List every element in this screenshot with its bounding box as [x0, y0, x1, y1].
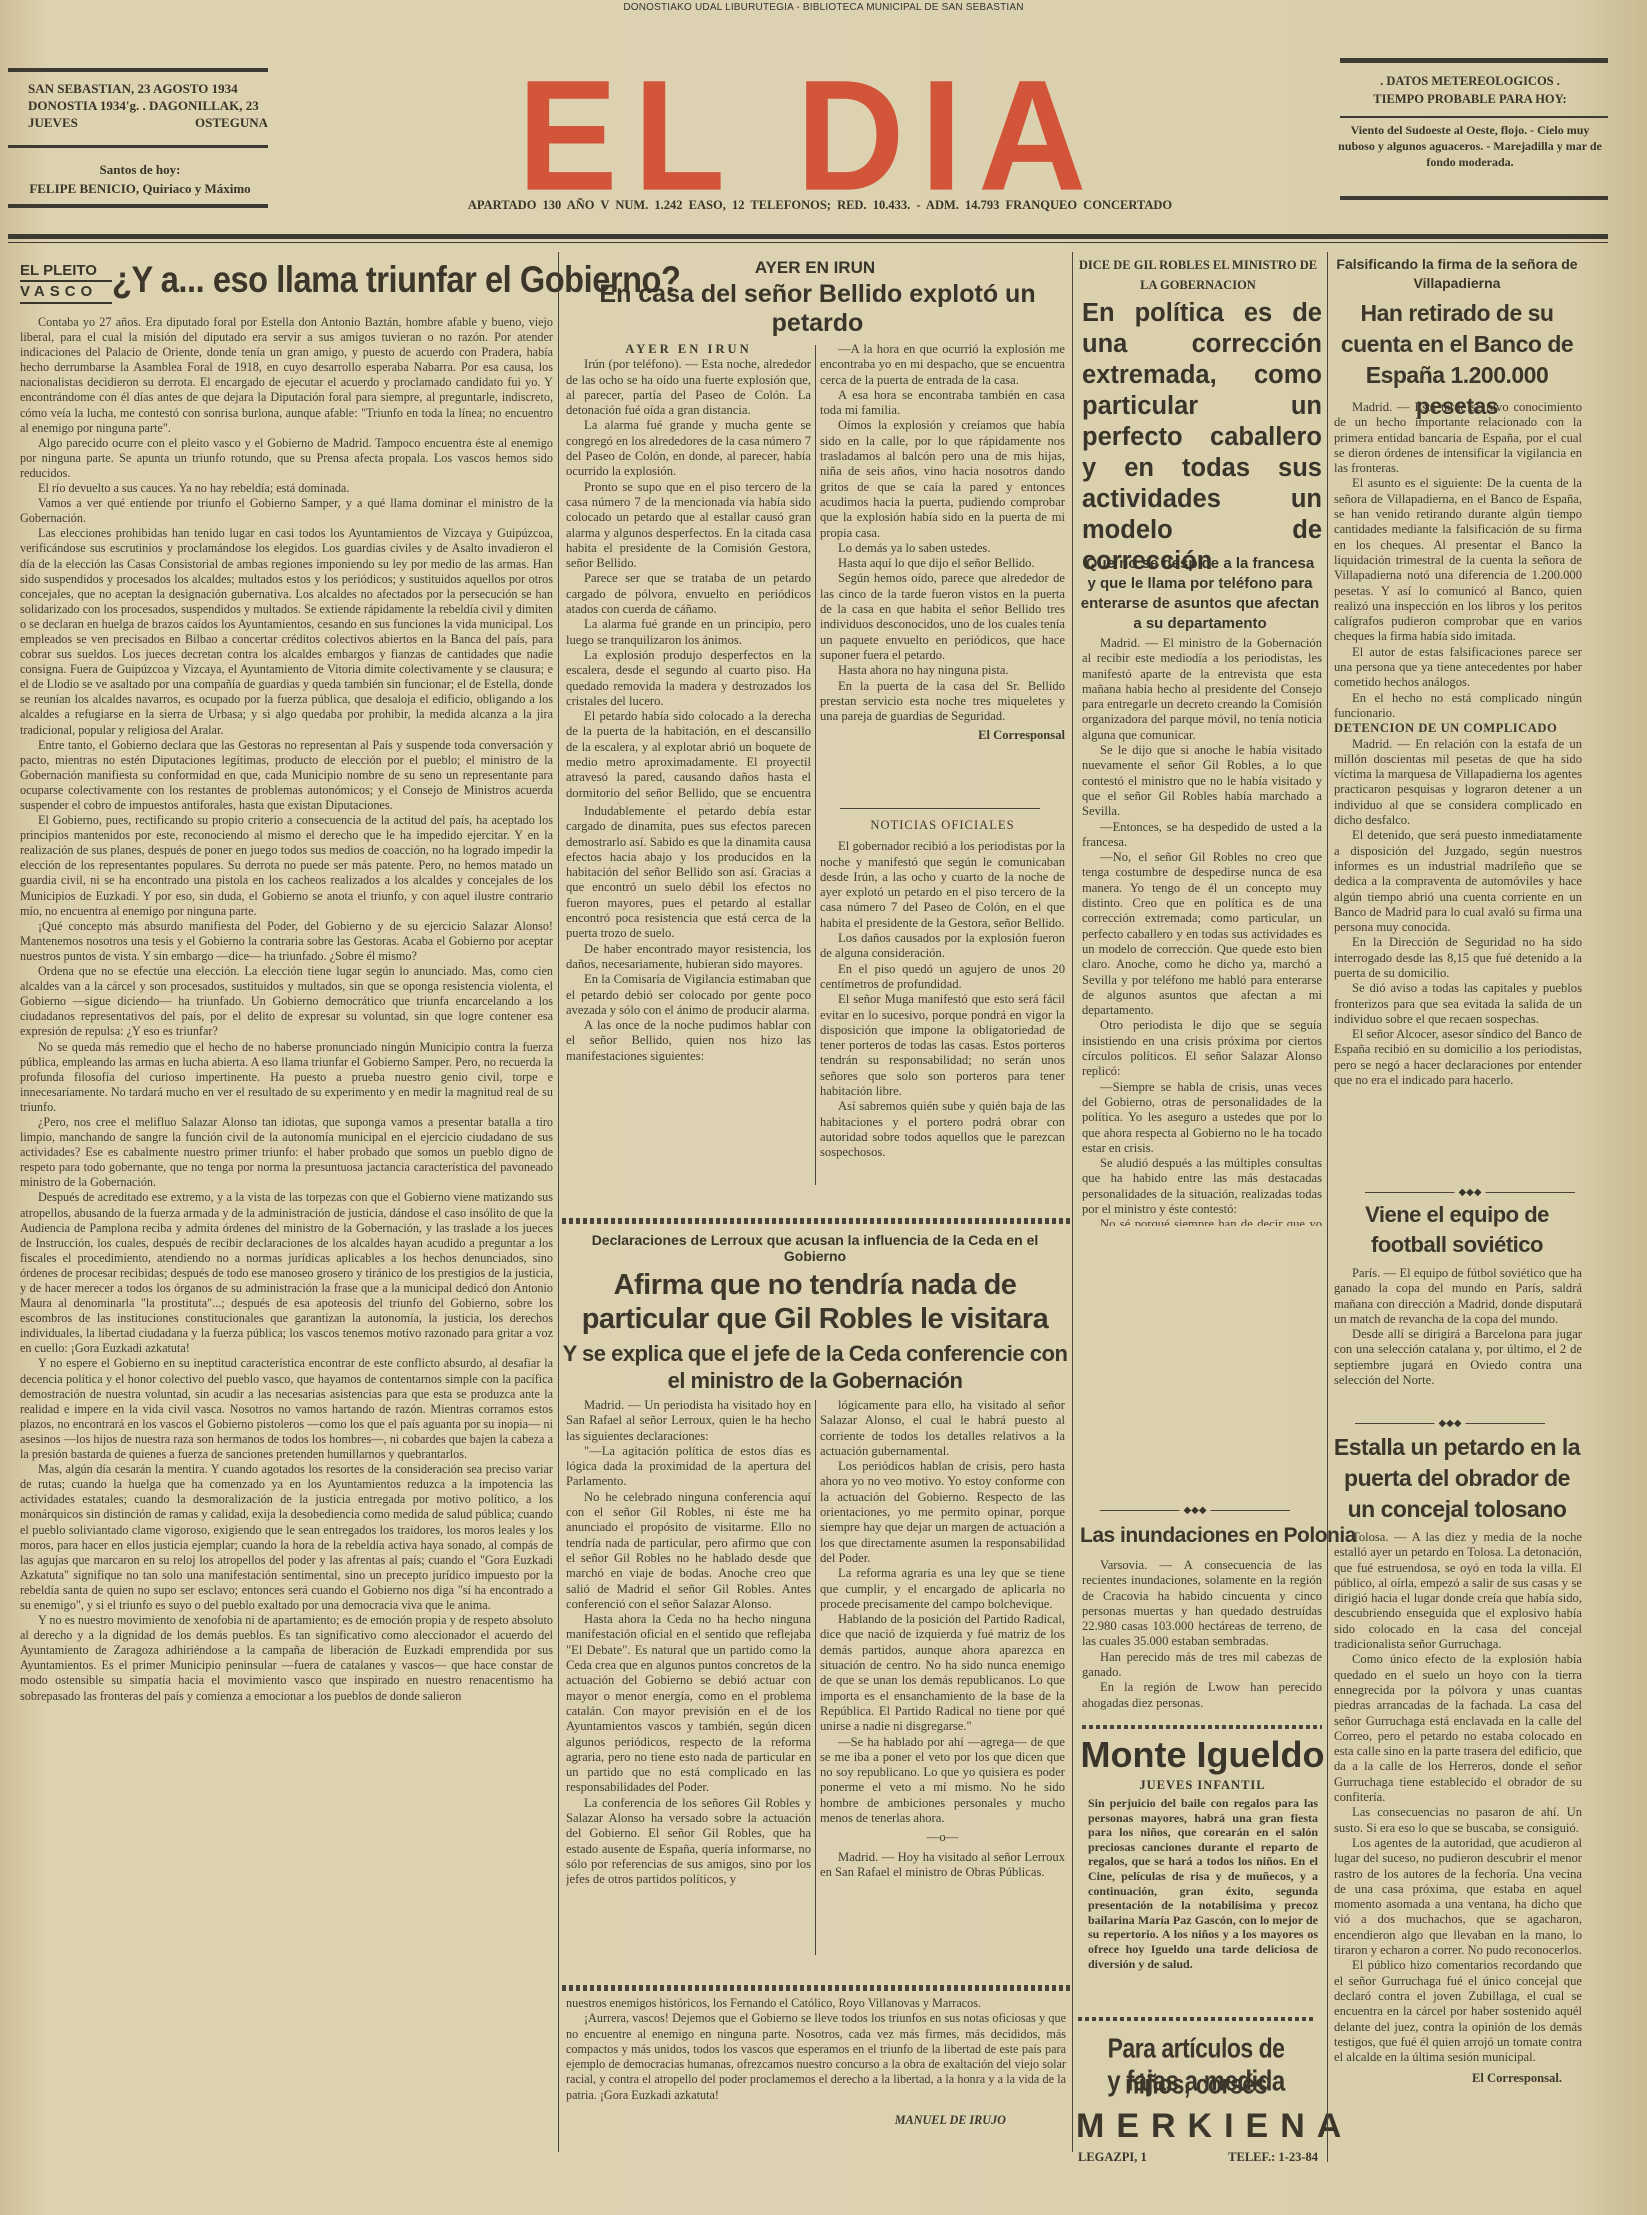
paragraph: El petardo había sido colocado a la dere…	[566, 709, 811, 804]
villapadierna-subtitle: DETENCION DE UN COMPLICADO	[1334, 721, 1582, 736]
paragraph: No he celebrado ninguna conferencia aquí…	[566, 1490, 811, 1612]
wavy-divider	[1078, 2017, 1314, 2021]
paragraph: Indudablemente el petardo debía estar ca…	[566, 804, 811, 942]
paragraph: Hablando de la posición del Partido Radi…	[820, 1612, 1065, 1734]
paragraph: Los daños causados por la explosión fuer…	[820, 931, 1065, 962]
paragraph: La alarma fué grande y mucha gente se co…	[566, 418, 811, 479]
paragraph: El público hizo comentarios recordando q…	[1334, 1958, 1582, 2065]
paragraph: ¡Aurrera, vascos! Dejemos que el Gobiern…	[566, 2011, 1066, 2103]
paragraph: No sé porqué siempre han de decir que yo…	[1082, 1217, 1322, 1226]
paragraph: Irún (por teléfono). — Esta noche, alred…	[566, 357, 811, 418]
paragraph: La conferencia de los señores Gil Robles…	[566, 1796, 811, 1888]
weather-box: . DATOS METEREOLOGICOS . TIEMPO PROBABLE…	[1335, 72, 1605, 170]
irun-headline: En casa del señor Bellido explotó un pet…	[565, 280, 1070, 338]
lerroux-subhead: Y se explica que el jefe de la Ceda conf…	[560, 1340, 1070, 1394]
irun-col-1: AYER EN IRUN Irún (por teléfono). — Esta…	[566, 342, 811, 804]
paragraph: Tolosa. — A las diez y media de la noche…	[1334, 1530, 1582, 1652]
paragraph: Madrid. — En relación con la estafa de u…	[1334, 737, 1582, 829]
column-rule	[1327, 252, 1328, 2162]
saints-box: Santos de hoy: FELIPE BENICIO, Quiriaco …	[10, 160, 270, 198]
date-eu: DONOSTIA 1934'g. . DAGONILLAK, 23	[28, 97, 268, 114]
paragraph: Las elecciones prohibidas han tenido lug…	[20, 526, 553, 737]
polonia-body: Varsovia. — A consecuencia de las recien…	[1082, 1558, 1322, 1711]
ornament-divider: ◆◆◆	[1365, 1192, 1575, 1193]
saints-label: Santos de hoy:	[10, 160, 270, 179]
paragraph: Así sabremos quién sube y quién baja de …	[820, 1099, 1065, 1160]
paragraph: —Siempre se habla de crisis, unas veces …	[1082, 1080, 1322, 1156]
dateline-box: SAN SEBASTIAN, 23 AGOSTO 1934 DONOSTIA 1…	[28, 80, 268, 131]
paragraph: Varsovia. — A consecuencia de las recien…	[1082, 1558, 1322, 1650]
lerroux-kicker: Declaraciones de Lerroux que acusan la i…	[560, 1232, 1070, 1264]
villapadierna-body: Madrid. — Esta tarde se tuvo conocimient…	[1334, 400, 1582, 1088]
paragraph: Madrid. — El ministro de la Gobernación …	[1082, 636, 1322, 743]
paragraph: Hasta aquí lo que dijo el señor Bellido.	[820, 556, 1065, 571]
dateline-mid-rule	[8, 145, 268, 148]
paragraph: Hasta ahora la Ceda no ha hecho ninguna …	[566, 1612, 811, 1796]
paragraph: En la puerta de la casa del Sr. Bellido …	[820, 679, 1065, 725]
football-body: París. — El equipo de fútbol soviético q…	[1334, 1266, 1582, 1388]
paragraph: nuestros enemigos históricos, los Fernan…	[566, 1996, 1066, 2011]
paragraph: "—La agitación política de estos días es…	[566, 1444, 811, 1490]
paragraph: Ordena que no se efectúe una elección. L…	[20, 964, 553, 1039]
paragraph: El gobernador recibió a los periodistas …	[820, 839, 1065, 931]
paragraph: En el piso quedó un agujero de unos 20 c…	[820, 962, 1065, 993]
paragraph: Las consecuencias no pasaron de ahí. Un …	[1334, 1805, 1582, 1836]
column-rule	[558, 252, 559, 2152]
tolosa-byline: El Corresponsal.	[1334, 2071, 1582, 2086]
pleito-headline: ¿Y a... eso llama triunfar el Gobierno?	[112, 254, 499, 306]
official-title: NOTICIAS OFICIALES	[820, 818, 1065, 833]
column-rule	[815, 1400, 816, 1955]
paragraph: La explosión produjo desperfectos en la …	[566, 648, 811, 709]
paragraph: Parece ser que se trataba de un petardo …	[566, 571, 811, 617]
lerroux-col-1: Madrid. — Un periodista ha visitado hoy …	[566, 1398, 811, 1948]
paragraph: Vamos a ver qué entiende por triunfo el …	[20, 496, 553, 526]
paragraph: Madrid. — Un periodista ha visitado hoy …	[566, 1398, 811, 1444]
paragraph: El autor de estas falsificaciones parece…	[1334, 645, 1582, 691]
paragraph: Madrid. — Hoy ha visitado al señor Lerro…	[820, 1850, 1065, 1881]
paragraph: —A la hora en que ocurrió la explosión m…	[820, 342, 1065, 388]
paragraph: Entre tanto, el Gobierno declara que las…	[20, 738, 553, 813]
dateline-top-rule	[8, 68, 268, 72]
igueldo-headline: Monte Igueldo	[1080, 1732, 1325, 1778]
paragraph: Otro periodista le dijo que se seguía in…	[1082, 1018, 1322, 1079]
lerroux-headline: Afirma que no tendría nada de particular…	[560, 1268, 1070, 1336]
paragraph: París. — El equipo de fútbol soviético q…	[1334, 1266, 1582, 1327]
paragraph: El señor Alcocer, asesor síndico del Ban…	[1334, 1027, 1582, 1088]
weather-title: . DATOS METEREOLOGICOS .	[1335, 72, 1605, 90]
dateline-bottom-rule	[8, 204, 268, 208]
irun-official: NOTICIAS OFICIALES El gobernador recibió…	[820, 818, 1065, 1188]
paragraph: Pronto se supo que en el piso tercero de…	[566, 480, 811, 572]
igueldo-subhead: JUEVES INFANTIL	[1080, 1778, 1325, 1793]
paragraph: El señor Muga manifestó que esto será fá…	[820, 992, 1065, 1099]
masthead-el-dia: EL DIA	[420, 77, 1200, 193]
paragraph: ¡Qué concepto más absurdo manifiesta del…	[20, 919, 553, 964]
column-rule	[1072, 252, 1073, 2152]
football-headline: Viene el equipo de football soviético	[1332, 1200, 1582, 1260]
lerroux-col-2: lógicamente para ello, ha visitado al se…	[820, 1398, 1065, 1948]
polonia-headline: Las inundaciones en Polonia	[1080, 1522, 1320, 1550]
kicker-line-2: VASCO	[20, 282, 112, 304]
paragraph: Se le dijo que si anoche le había visita…	[1082, 743, 1322, 819]
merkiena-phone: TELEF.: 1-23-84	[1228, 2150, 1318, 2165]
header-divider-thin	[8, 242, 1608, 243]
paragraph: El Gobierno, pues, rectificando su propi…	[20, 813, 553, 919]
merkiena-address: LEGAZPI, 1	[1078, 2150, 1147, 2165]
column-rule	[815, 345, 816, 1185]
weekday-es: JUEVES	[28, 114, 78, 131]
paragraph: La alarma fué grande en un principio, pe…	[566, 617, 811, 648]
pleito-continuation: nuestros enemigos históricos, los Fernan…	[566, 1996, 1066, 2128]
paragraph: En el hecho no está complicado ningún fu…	[1334, 691, 1582, 722]
gilrobles-subhead: Que no se despide a la francesa y que le…	[1080, 554, 1320, 634]
ornament-icon: ◆◆◆	[1179, 1506, 1210, 1516]
paragraph: Oímos la explosión y creíamos que había …	[820, 418, 1065, 540]
paragraph: No se queda más remedio que el hecho de …	[20, 1040, 553, 1115]
paragraph: En la Dirección de Seguridad no ha sido …	[1334, 935, 1582, 981]
villapadierna-kicker: Falsificando la firma de la señora de Vi…	[1332, 255, 1582, 293]
saints-names: FELIPE BENICIO, Quiriaco y Máximo	[10, 179, 270, 198]
paragraph: ¿Pero, nos cree el melifluo Salazar Alon…	[20, 1115, 553, 1190]
irun-subhead: AYER EN IRUN	[566, 342, 811, 357]
tolosa-body: Tolosa. — A las diez y media de la noche…	[1334, 1530, 1582, 2160]
paragraph: —Entonces, se ha despedido de usted a la…	[1082, 820, 1322, 851]
irun-col-1-cont: Indudablemente el petardo debía estar ca…	[566, 804, 811, 1188]
paragraph: —No, el señor Gil Robles no creo que ten…	[1082, 850, 1322, 1018]
pleito-body: Contaba yo 27 años. Era diputado foral p…	[20, 315, 553, 1945]
ornament-divider: ◆◆◆	[1355, 1423, 1545, 1424]
gilrobles-headline: En política es de una corrección extrema…	[1082, 298, 1322, 577]
masthead-subline: APARTADO 130 AÑO V NUM. 1.242 EASO, 12 T…	[360, 198, 1280, 213]
gilrobles-body: Madrid. — El ministro de la Gobernación …	[1082, 636, 1322, 1226]
irun-col-2: —A la hora en que ocurrió la explosión m…	[820, 342, 1065, 792]
irun-byline: El Corresponsal	[820, 728, 1065, 743]
weather-forecast: Viento del Sudoeste al Oeste, flojo. - C…	[1335, 122, 1605, 170]
paragraph: Se dió aviso a todas las capitales y pue…	[1334, 981, 1582, 1027]
merkiena-ad-line-2: y fajas a medida	[1076, 2064, 1316, 2100]
paragraph: Los periódicos hablan de crisis, pero ha…	[820, 1459, 1065, 1566]
paragraph: Según hemos oído, parece que alrededor d…	[820, 571, 1065, 663]
paragraph: El río devuelto a sus cauces. Ya no hay …	[20, 481, 553, 496]
paragraph: Como único efecto de la explosión había …	[1334, 1652, 1582, 1805]
paragraph: Después de acreditado ese extremo, y a l…	[20, 1190, 553, 1356]
paragraph: —Se ha hablado por ahí —agrega— de que s…	[820, 1735, 1065, 1827]
pleito-kicker: EL PLEITO VASCO	[20, 262, 112, 304]
wavy-divider	[562, 1218, 1070, 1224]
paragraph: Y no es nuestro movimiento de xenofobia …	[20, 1613, 553, 1704]
ornament-divider	[840, 808, 1040, 809]
weather-top-rule	[1340, 58, 1608, 63]
weekday-eu: OSTEGUNA	[195, 114, 268, 131]
kicker-line-1: EL PLEITO	[20, 262, 112, 282]
ornament-icon: ◆◆◆	[1454, 1188, 1485, 1198]
paragraph: Sin perjuicio del baile con regalos para…	[1088, 1796, 1318, 1971]
gilrobles-kicker: DICE DE GIL ROBLES EL MINISTRO DE LA GOB…	[1078, 255, 1318, 295]
header-divider	[8, 234, 1608, 239]
paragraph: Lo demás ya lo saben ustedes.	[820, 541, 1065, 556]
paragraph: Algo parecido ocurre con el pleito vasco…	[20, 436, 553, 481]
paragraph: Desde allí se dirigirá a Barcelona para …	[1334, 1327, 1582, 1388]
irun-kicker: AYER EN IRUN	[565, 258, 1065, 278]
paragraph: Y no espere el Gobierno en su ineptitud …	[20, 1356, 553, 1462]
wavy-divider	[562, 1985, 1070, 1991]
weather-subtitle: TIEMPO PROBABLE PARA HOY:	[1335, 90, 1605, 108]
pleito-signature: MANUEL DE IRUJO	[566, 2113, 1066, 2128]
library-credit: DONOSTIAKO UDAL LIBURUTEGIA - BIBLIOTECA…	[0, 2, 1647, 13]
paragraph: Madrid. — Esta tarde se tuvo conocimient…	[1334, 400, 1582, 476]
merkiena-brand: MERKIENA	[1076, 2106, 1316, 2146]
wavy-divider	[1082, 1725, 1322, 1729]
paragraph: A esa hora se encontraba también en casa…	[820, 388, 1065, 419]
paragraph: A las once de la noche pudimos hablar co…	[566, 1018, 811, 1064]
paragraph: El asunto es el siguiente: De la cuenta …	[1334, 476, 1582, 644]
paragraph: En la Comisaría de Vigilancia estimaban …	[566, 972, 811, 1018]
paragraph: Hasta ahora no hay ninguna pista.	[820, 663, 1065, 678]
separator: —o—	[820, 1830, 1065, 1845]
paragraph: Han perecido más de tres mil cabezas de …	[1082, 1650, 1322, 1681]
paragraph: Contaba yo 27 años. Era diputado foral p…	[20, 315, 553, 436]
paragraph: Se aludió después a las múltiples consul…	[1082, 1156, 1322, 1217]
paragraph: La reforma agraria es una ley que se tie…	[820, 1566, 1065, 1612]
paragraph: En la región de Lwow han perecido ahogad…	[1082, 1680, 1322, 1711]
date-es: SAN SEBASTIAN, 23 AGOSTO 1934	[28, 80, 268, 97]
paragraph: De haber encontrado mayor resistencia, l…	[566, 942, 811, 973]
weather-bottom-rule	[1340, 196, 1608, 200]
paragraph: El detenido, que será puesto inmediatame…	[1334, 828, 1582, 935]
igueldo-body: Sin perjuicio del baile con regalos para…	[1088, 1796, 1318, 1971]
ornament-divider: ◆◆◆	[1100, 1510, 1290, 1511]
merkiena-contact: LEGAZPI, 1 TELEF.: 1-23-84	[1078, 2150, 1318, 2165]
ornament-icon: ◆◆◆	[1434, 1419, 1465, 1429]
tolosa-headline: Estalla un petardo en la puerta del obra…	[1332, 1432, 1582, 1525]
paragraph: Los agentes de la autoridad, que acudier…	[1334, 1836, 1582, 1958]
paragraph: Mas, algún día cesarán la mentira. Y cua…	[20, 1462, 553, 1613]
paragraph: lógicamente para ello, ha visitado al se…	[820, 1398, 1065, 1459]
weather-mid-rule	[1340, 116, 1608, 118]
